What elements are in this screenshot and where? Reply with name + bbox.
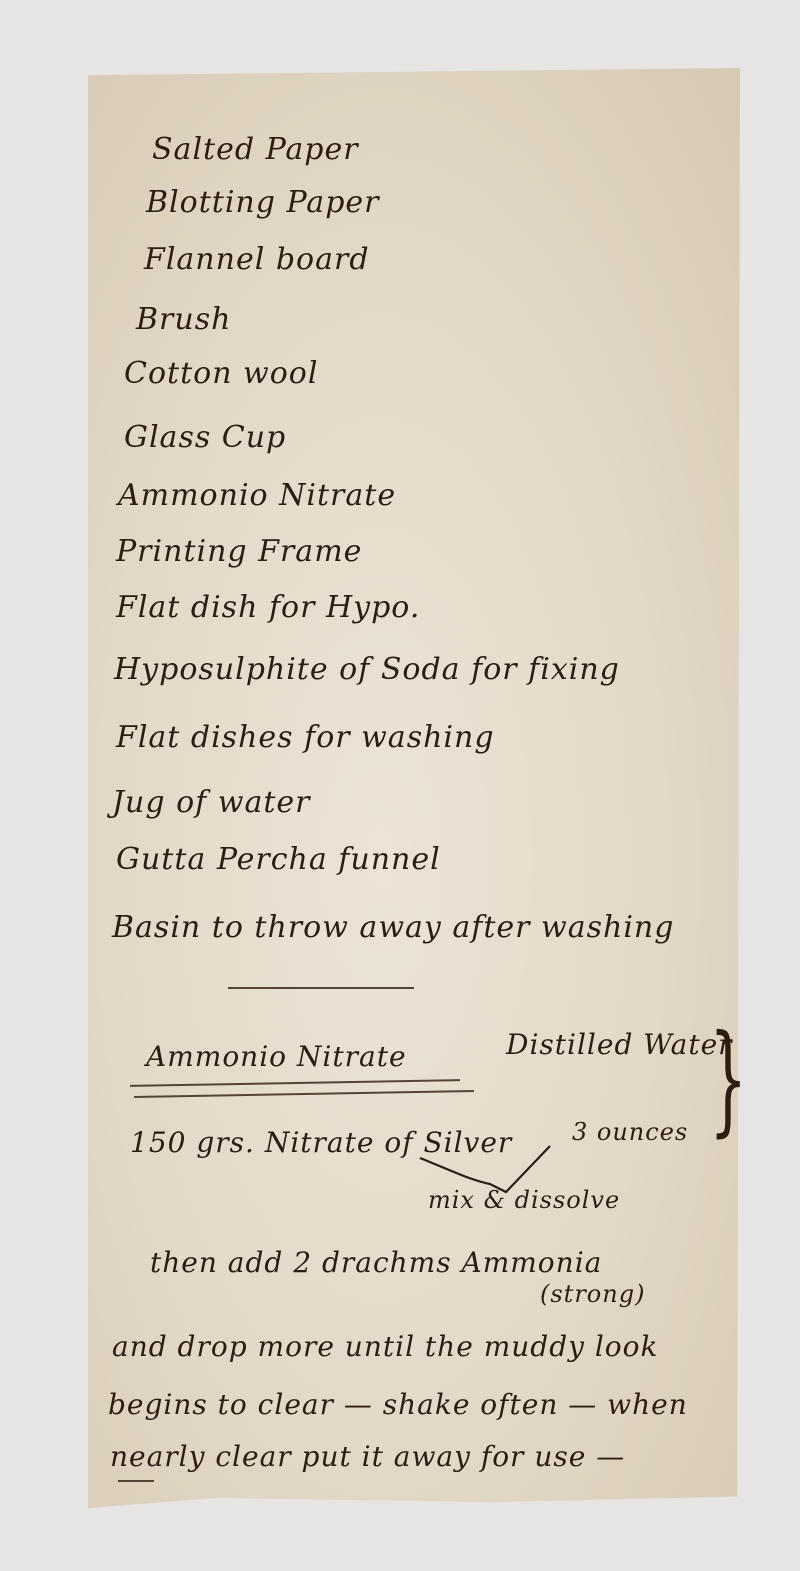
list-item: Brush [136,302,231,337]
list-item: Blotting Paper [146,185,380,220]
list-item: Ammonio Nitrate [118,478,396,513]
recipe-heading: Ammonio Nitrate [146,1040,407,1073]
mix-note: mix & dissolve [428,1186,620,1214]
recipe-step: then add 2 drachms Ammonia [150,1246,602,1279]
list-item: Flannel board [144,242,370,277]
list-item: Gutta Percha funnel [116,842,441,877]
bracket: } [709,1010,747,1149]
recipe-step: nearly clear put it away for use — [110,1440,625,1473]
list-item: Jug of water [112,785,311,820]
list-item: Cotton wool [124,356,318,391]
list-item: Salted Paper [152,132,359,167]
recipe-step-note: (strong) [540,1280,645,1308]
list-item: Printing Frame [116,534,362,569]
list-item: Hyposulphite of Soda for fixing [114,652,620,687]
list-item: Basin to throw away after washing [112,910,674,945]
list-item: Flat dish for Hypo. [116,590,420,625]
list-item: Flat dishes for washing [116,720,495,755]
distilled-water-label: Distilled Water [506,1028,733,1061]
recipe-step: begins to clear — shake often — when [108,1388,688,1421]
list-item: Glass Cup [124,420,286,455]
water-amount: 3 ounces [572,1118,688,1146]
separator-line [228,987,414,989]
recipe-step: and drop more until the muddy look [112,1330,658,1363]
word-underline [118,1480,154,1482]
